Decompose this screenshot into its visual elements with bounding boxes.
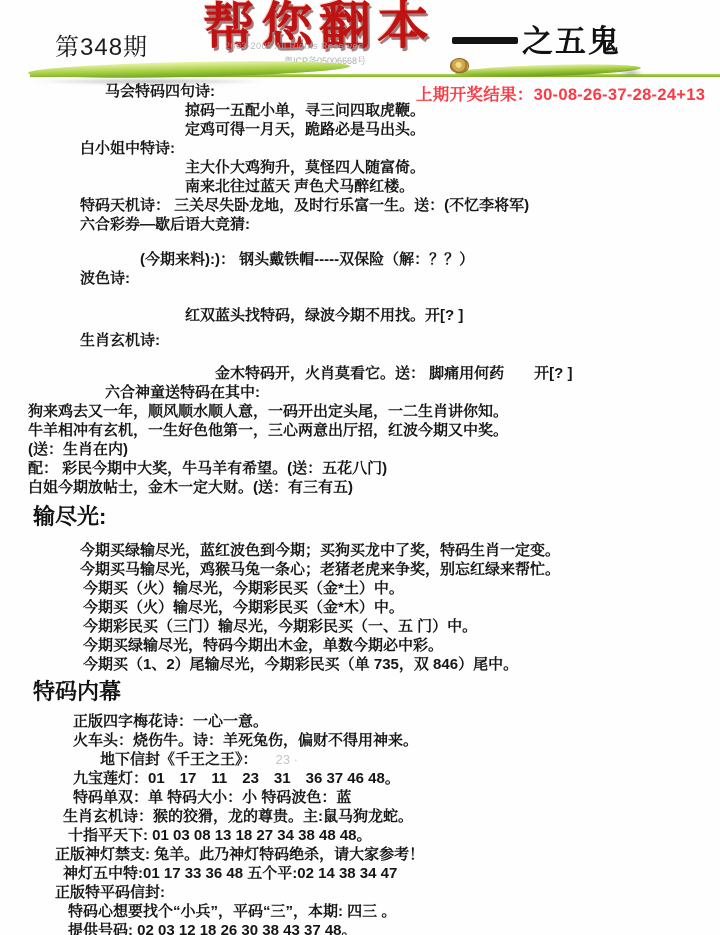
text-line: 特码单双：单 特码大小：小 特码波色：蓝 [0, 788, 720, 807]
text-line: 地下信封《千王之王》：23 · [0, 750, 720, 769]
section-heading-shujinguang: 输尽光: [0, 503, 720, 531]
text-line: 生肖玄机诗: [0, 331, 720, 350]
text-line: 红双蓝头找特码，绿波今期不用找。开[? ] [0, 306, 720, 325]
text-line: 生肖玄机诗：猴的狡猾，龙的尊贵。主:鼠马狗龙蛇。 [0, 807, 720, 826]
title-dash [452, 37, 518, 44]
text-line: 狗来鸡去又一年，顺风顺水顺人意，一码开出定头尾，一二生肖讲你知。 [0, 402, 720, 421]
text-line: 牛羊相冲有玄机，一生好色他第一，三心两意出厅招，红波今期又中奖。 [0, 421, 720, 440]
text-line: 白姐今期放帖士，金木一定大财。(送：有三有五) [0, 478, 720, 497]
lottery-tip-sheet: 第348期 帮您翻本 之五鬼 2003-2005 All Rights Rese… [0, 0, 720, 935]
text-line: (今期来料):)： 钢头戴铁帽-----双保险（解：？？） [0, 250, 720, 269]
text-line: 六合神童送特码在其中: [0, 383, 720, 402]
text-line: 主大仆大鸡狗升，莫怪四人随富倚。 [0, 158, 720, 177]
text-line: 六合彩券—歇后语大竞猜: [0, 215, 720, 234]
text-line: 马会特码四句诗: [0, 82, 720, 101]
text-line: 今期买绿输尽光，特码今期出木金，单数今期必中彩。 [0, 636, 720, 655]
text-line: 特码天机诗： 三关尽失卧龙地，及时行乐富一生。送：(不忆李将军) [0, 196, 720, 215]
sheet-body: 马会特码四句诗: 掠码一五配小单，寻三问四取虎鞭。 定鸡可得一月天，跪路必是马出… [0, 82, 720, 935]
watermark-copyright: 2003-2005 All Rights Reserved [225, 41, 364, 51]
underground-envelope-label: 地下信封《千王之王》： [100, 751, 258, 768]
text-line: 正版四字梅花诗：一心一意。 [0, 712, 720, 731]
text-line: 白小姐中特诗: [0, 139, 720, 158]
text-line: 波色诗: [0, 269, 720, 288]
text-line: 特码心想要找个“小兵”，平码“三”，本期: 四三 。 [0, 902, 720, 921]
text-line: 今期彩民买（三门）输尽光，今期彩民买（一、五 门）中。 [0, 617, 720, 636]
text-line: 九宝莲灯：01 17 11 23 31 36 37 46 48。 [0, 769, 720, 788]
text-line: 提供号码: 02 03 12 18 26 30 38 43 37 48。 [0, 921, 720, 935]
text-line: 定鸡可得一月天，跪路必是马出头。 [0, 120, 720, 139]
section-heading-temaneimu: 特码内幕 [0, 678, 720, 706]
text-line: 掠码一五配小单，寻三问四取虎鞭。 [0, 101, 720, 120]
text-line: 今期买（1、2）尾输尽光，今期彩民买（单 735，双 846）尾中。 [0, 655, 720, 674]
text-line: 正版神灯禁支: 兔羊。此乃神灯特码绝杀，请大家参考！ [0, 845, 720, 864]
text-line: (送：生肖在内) [0, 440, 720, 459]
text-line: 配： 彩民今期中大奖，牛马羊有希望。(送：五花八门) [0, 459, 720, 478]
text-line: 今期买（火）输尽光，今期彩民买（金*木）中。 [0, 598, 720, 617]
snail-icon [450, 58, 469, 73]
text-line: 火车头：烧伤牛。诗：羊死兔伤，偏财不得用神来。 [0, 731, 720, 750]
underground-envelope-faint-value: 23 · [276, 752, 298, 767]
text-line: 神灯五中特:01 17 33 36 48 五个平:02 14 38 34 47 [0, 864, 720, 883]
text-line: 今期买（火）输尽光，今期彩民买（金*土）中。 [0, 579, 720, 598]
text-line: 今期买绿输尽光，蓝红波色到今期；买狗买龙中了奖，特码生肖一定变。 [0, 541, 720, 560]
text-line: 十指平天下: 01 03 08 13 18 27 34 38 48 48。 [0, 826, 720, 845]
text-line: 今期买马输尽光，鸡猴马兔一条心；老猪老虎来争奖，别忘红绿来帮忙。 [0, 560, 720, 579]
text-line: 正版特平码信封: [0, 883, 720, 902]
text-line: 南来北往过蓝天 声色犬马醉红楼。 [0, 177, 720, 196]
banner-tip-shadow [618, 69, 644, 77]
text-line: 金木特码开，火肖莫看它。送： 脚痛用何药 开[? ] [0, 364, 720, 383]
